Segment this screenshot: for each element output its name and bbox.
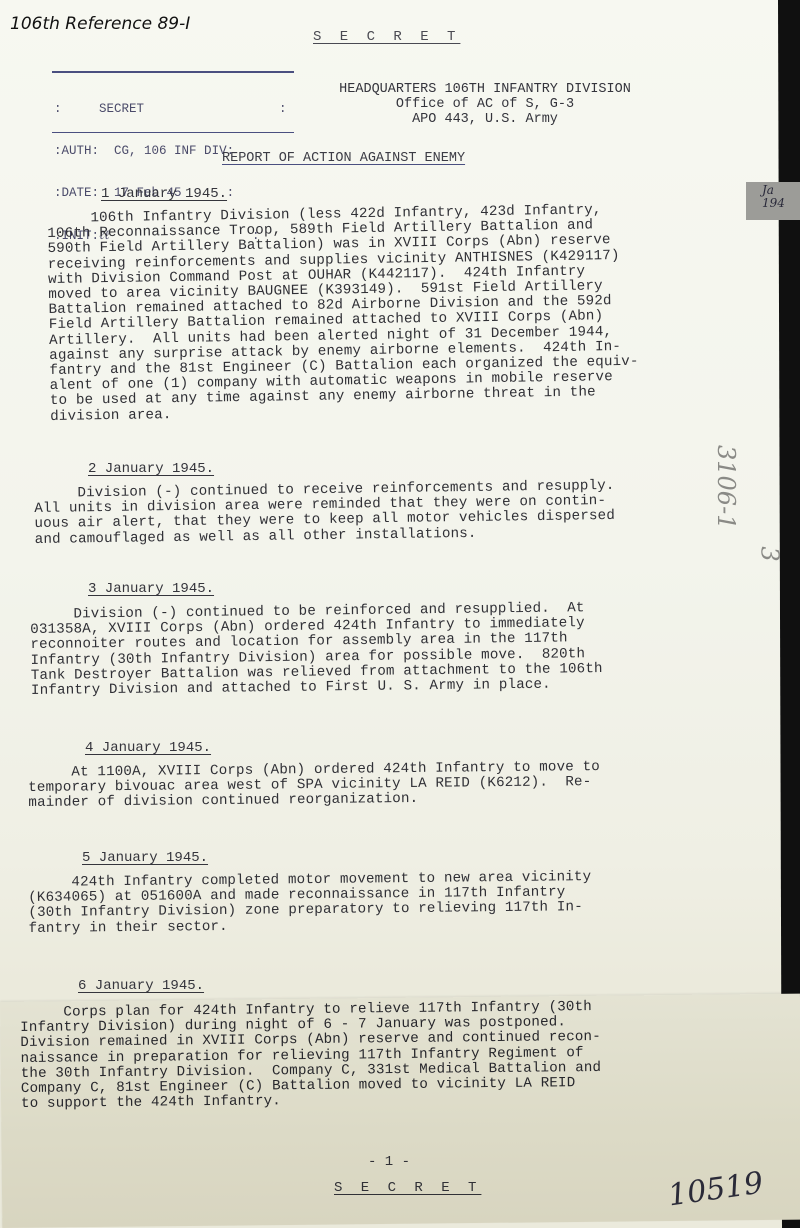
entry-date-4: 4 January 1945. <box>85 740 211 756</box>
classification-stamp: : SECRET : :AUTH: CG, 106 INF DIV: :DATE… <box>52 71 294 133</box>
index-tab-line2: 194 <box>762 197 800 210</box>
hq-line-1: HEADQUARTERS 106TH INFANTRY DIVISION <box>335 82 635 97</box>
entry-body-4: At 1100A, XVIII Corps (Abn) ordered 424t… <box>28 760 600 812</box>
report-title: REPORT OF ACTION AGAINST ENEMY <box>222 151 465 166</box>
margin-handwritten-mark: 3 <box>756 546 784 561</box>
entry-date-2: 2 January 1945. <box>88 461 214 477</box>
classification-bottom: S E C R E T <box>334 1180 481 1196</box>
hq-line-2: Office of AC of S, G-3 <box>335 97 635 112</box>
hq-line-3: APO 443, U.S. Army <box>335 112 635 127</box>
classification-top: S E C R E T <box>313 29 460 45</box>
entry-date-3: 3 January 1945. <box>88 581 214 597</box>
entry-date-1: 1 January 1945. <box>101 186 227 202</box>
margin-handwritten-note: 3106-1 <box>712 445 740 529</box>
index-tab-text: Ja 194 <box>762 184 800 210</box>
entry-body-3: Division (-) continued to be reinforced … <box>30 601 603 699</box>
stamp-title: SECRET <box>99 102 144 116</box>
reference-label: 106th Reference 89-I <box>10 14 190 34</box>
entry-body-2: Division (-) continued to receive reinfo… <box>34 479 615 548</box>
headquarters-block: HEADQUARTERS 106TH INFANTRY DIVISION Off… <box>335 82 635 127</box>
stamp-title-row: : SECRET : <box>54 102 294 116</box>
classification-bottom-text: S E C R E T <box>334 1180 481 1196</box>
stamp-auth-label: AUTH: <box>62 144 100 158</box>
page-number: - 1 - <box>368 1154 410 1170</box>
entry-date-5: 5 January 1945. <box>82 850 208 866</box>
entry-body-1: 106th Infantry Division (less 422d Infan… <box>47 203 639 425</box>
stamp-date-label: DATE: <box>62 186 100 200</box>
entry-body-6: Corps plan for 424th Infantry to relieve… <box>20 1000 602 1112</box>
classification-top-text: S E C R E T <box>313 29 460 45</box>
entry-date-6: 6 January 1945. <box>78 978 204 994</box>
stamp-auth-value: CG, 106 INF DIV <box>114 144 227 158</box>
entry-body-5: 424th Infantry completed motor movement … <box>28 870 592 937</box>
